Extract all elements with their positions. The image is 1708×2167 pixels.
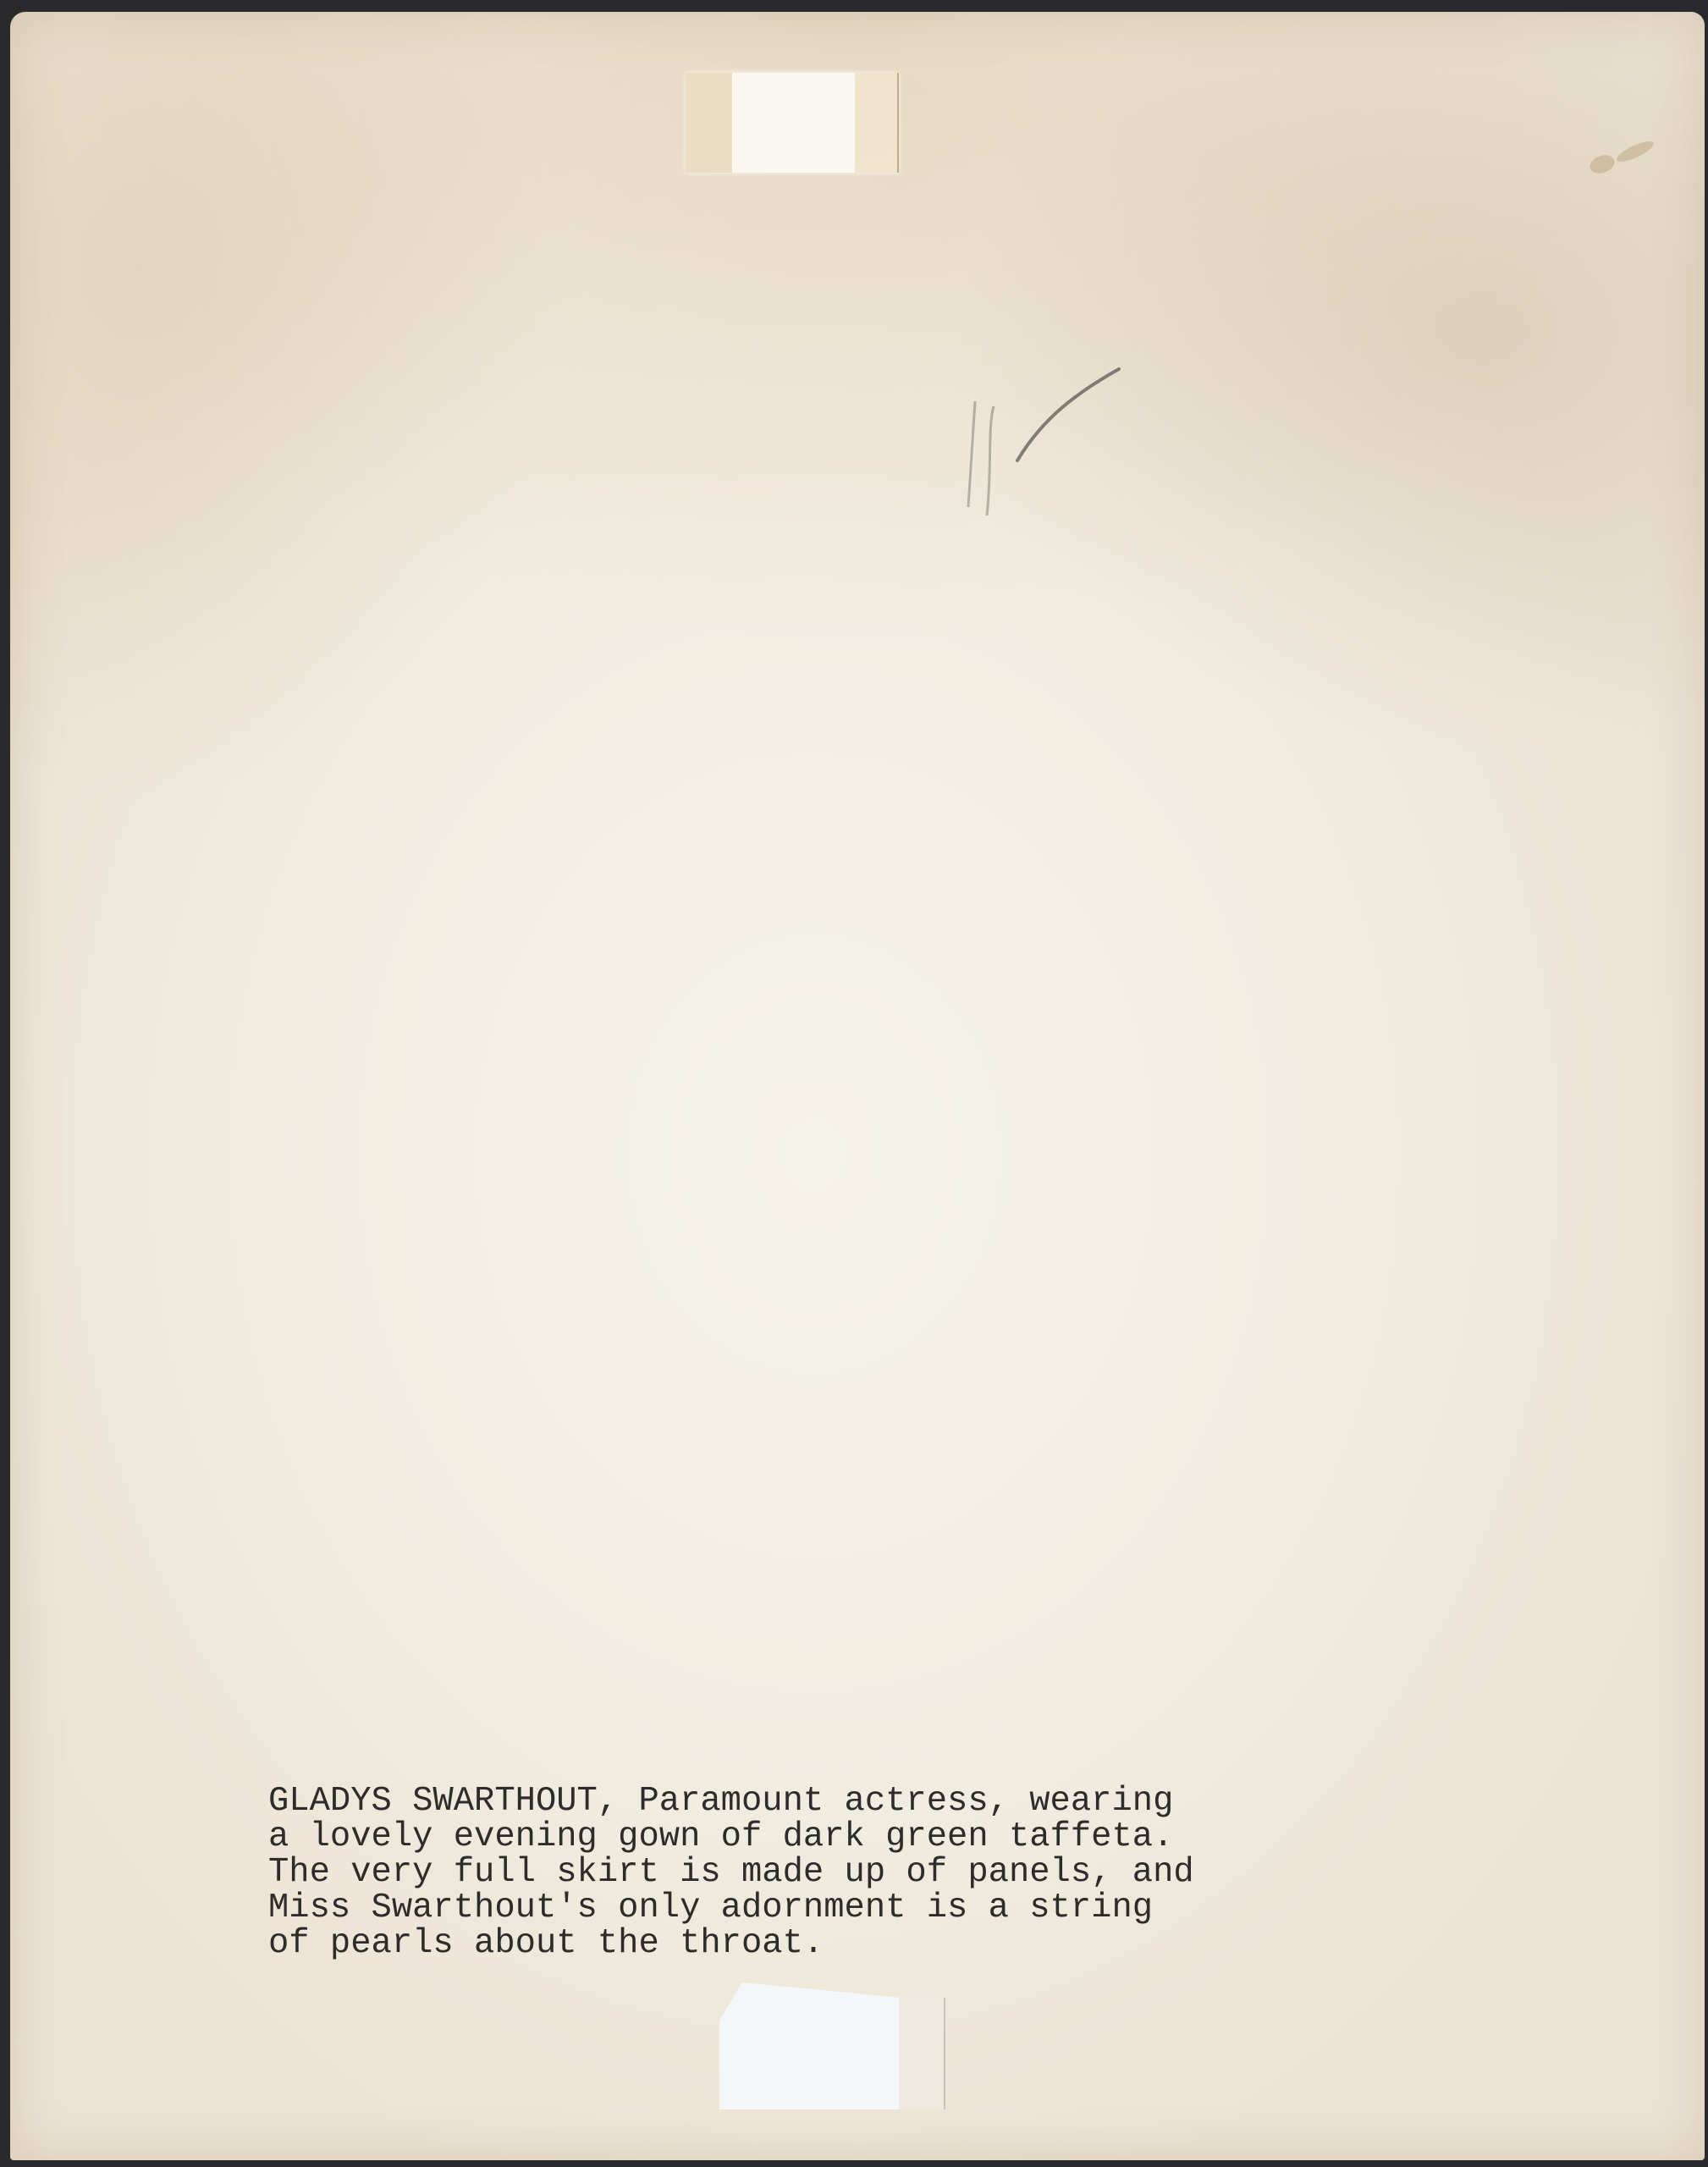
caption-line: Miss Swarthout's only adornment is a str… — [268, 1890, 1194, 1926]
tape-residue-top — [686, 73, 899, 173]
caption-line: of pearls about the throat. — [268, 1926, 1194, 1961]
stain-mark — [1614, 138, 1656, 166]
pencil-marks-icon — [941, 350, 1144, 520]
typewritten-caption: GLADYS SWARTHOUT, Paramount actress, wea… — [268, 1784, 1194, 1961]
tape-residue-bottom — [719, 1982, 945, 2109]
stain-mark — [1587, 152, 1617, 176]
caption-line: GLADYS SWARTHOUT, Paramount actress, wea… — [268, 1784, 1194, 1819]
caption-line: The very full skirt is made up of panels… — [268, 1855, 1194, 1890]
photo-back-paper: GLADYS SWARTHOUT, Paramount actress, wea… — [10, 12, 1705, 2160]
caption-line: a lovely evening gown of dark green taff… — [268, 1819, 1194, 1855]
